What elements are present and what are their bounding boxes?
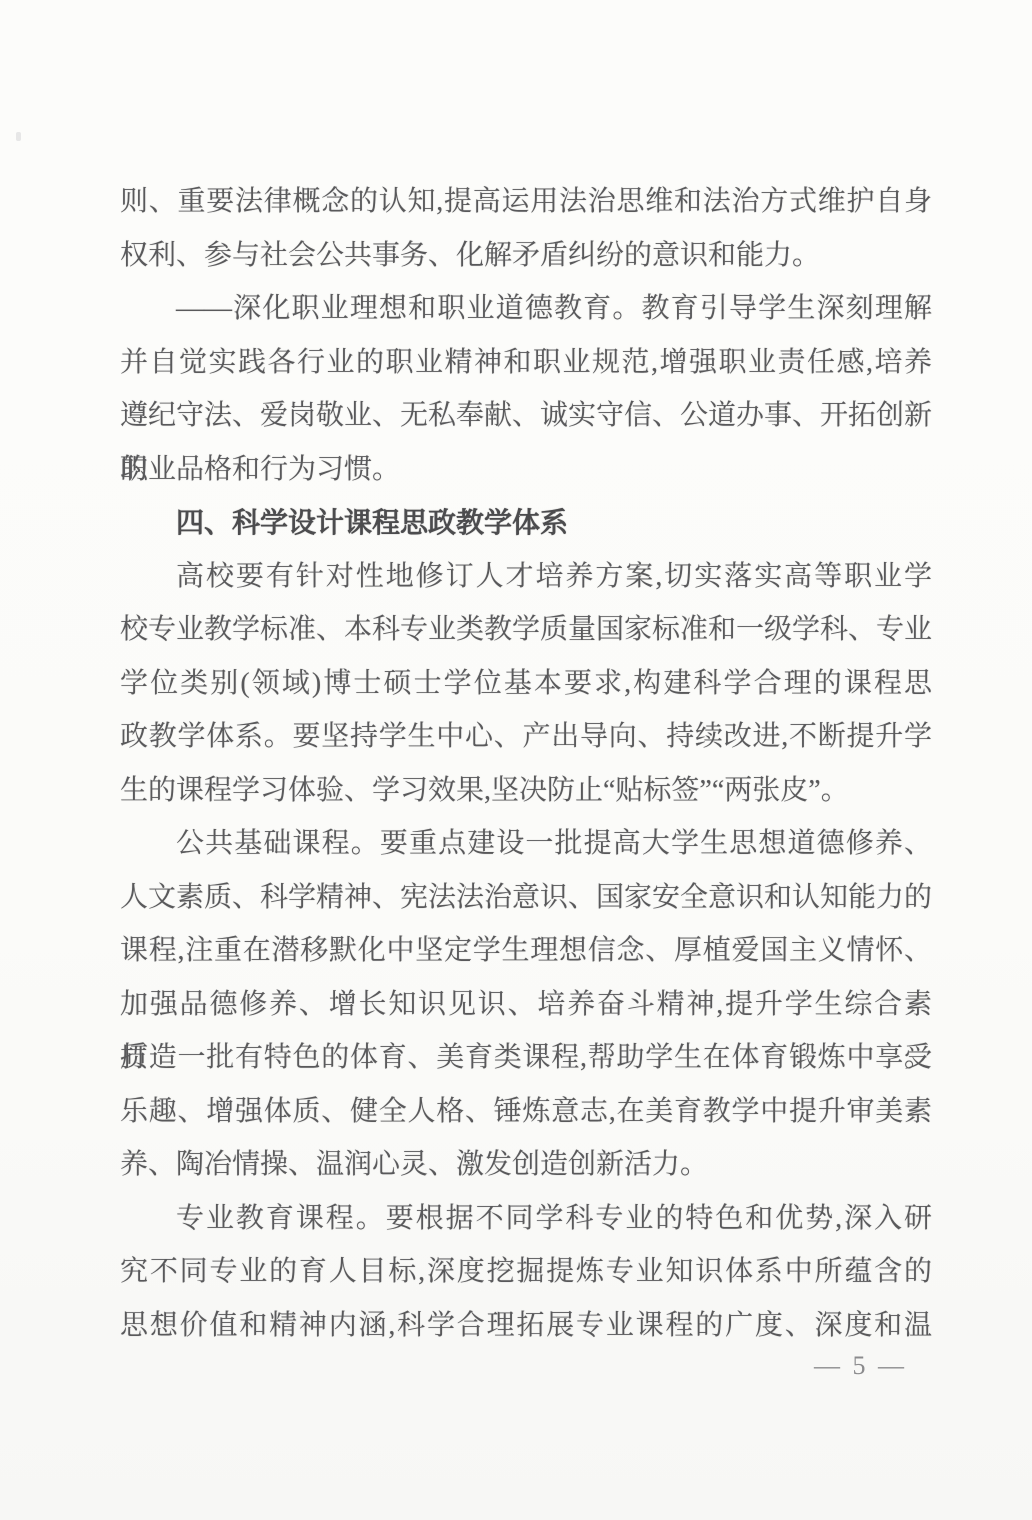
document-line: 高校要有针对性地修订人才培养方案,切实落实高等职业学 [120, 550, 932, 604]
document-line: 打造一批有特色的体育、美育类课程,帮助学生在体育锻炼中享受 [120, 1031, 932, 1085]
section-heading: 四、科学设计课程思政教学体系 [120, 496, 932, 550]
scan-artifact [16, 132, 21, 141]
document-line: 思想价值和精神内涵,科学合理拓展专业课程的广度、深度和温 [120, 1299, 932, 1353]
document-line: 加强品德修养、增长知识见识、培养奋斗精神,提升学生综合素质。 [120, 978, 932, 1032]
document-line: 乐趣、增强体质、健全人格、锤炼意志,在美育教学中提升审美素 [120, 1085, 932, 1139]
document-line: 专业教育课程。要根据不同学科专业的特色和优势,深入研 [120, 1192, 932, 1246]
text-block: 则、重要法律概念的认知,提高运用法治思维和法治方式维护自身权利、参与社会公共事务… [120, 175, 932, 1352]
document-line: 学位类别(领域)博士硕士学位基本要求,构建科学合理的课程思 [120, 657, 932, 711]
page-number: — 5 — [814, 1349, 907, 1383]
document-line: 权利、参与社会公共事务、化解矛盾纠纷的意识和能力。 [120, 229, 932, 283]
document-line: 政教学体系。要坚持学生中心、产出导向、持续改进,不断提升学 [120, 710, 932, 764]
document-line: 则、重要法律概念的认知,提高运用法治思维和法治方式维护自身 [120, 175, 932, 229]
document-line: 人文素质、科学精神、宪法法治意识、国家安全意识和认知能力的 [120, 871, 932, 925]
document-line: 生的课程学习体验、学习效果,坚决防止“贴标签”“两张皮”。 [120, 764, 932, 818]
document-line: 课程,注重在潜移默化中坚定学生理想信念、厚植爱国主义情怀、 [120, 924, 932, 978]
document-line: 公共基础课程。要重点建设一批提高大学生思想道德修养、 [120, 817, 932, 871]
document-page: 则、重要法律概念的认知,提高运用法治思维和法治方式维护自身权利、参与社会公共事务… [0, 0, 1032, 1520]
document-line: 究不同专业的育人目标,深度挖掘提炼专业知识体系中所蕴含的 [120, 1245, 932, 1299]
document-line: 职业品格和行为习惯。 [120, 443, 932, 497]
document-line: 遵纪守法、爱岗敬业、无私奉献、诚实守信、公道办事、开拓创新的 [120, 389, 932, 443]
document-line: 校专业教学标准、本科专业类教学质量国家标准和一级学科、专业 [120, 603, 932, 657]
document-line: 养、陶冶情操、温润心灵、激发创造创新活力。 [120, 1138, 932, 1192]
document-line: ——深化职业理想和职业道德教育。教育引导学生深刻理解 [120, 282, 932, 336]
document-line: 并自觉实践各行业的职业精神和职业规范,增强职业责任感,培养 [120, 336, 932, 390]
